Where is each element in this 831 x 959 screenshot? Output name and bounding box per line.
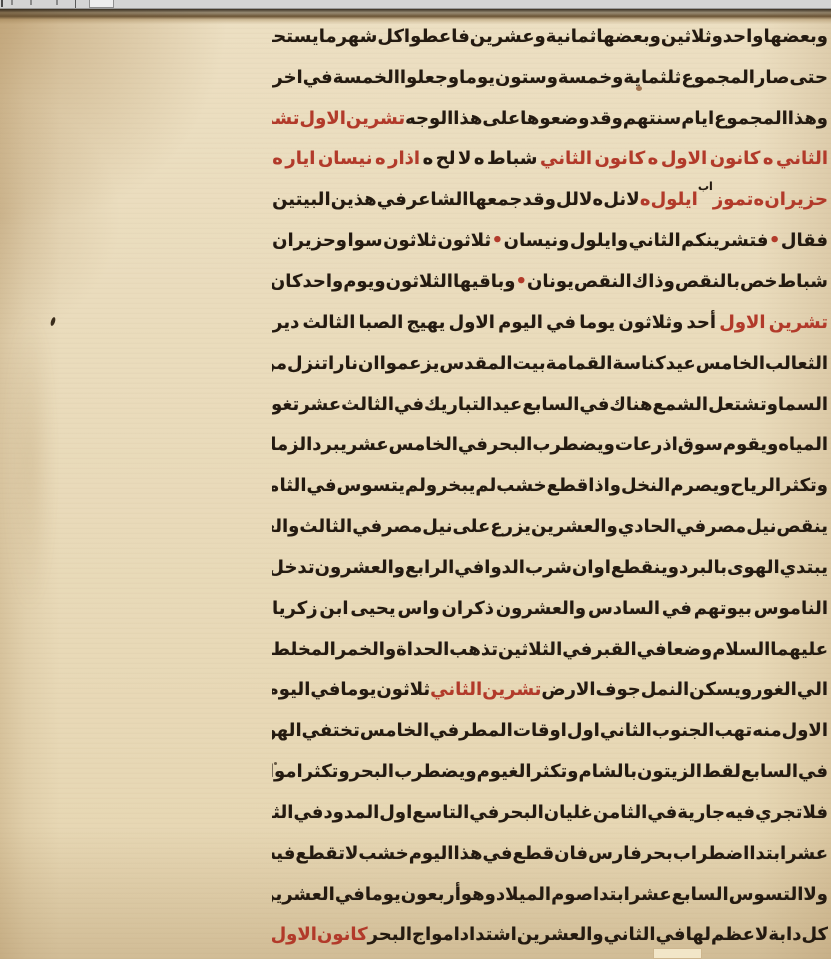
text-word: ذكران	[442, 598, 494, 619]
text-word: والعشرين	[517, 924, 604, 945]
text-word: جوف	[596, 679, 641, 700]
text-word: واس	[397, 598, 439, 619]
text-word: ثلثماية	[623, 67, 681, 88]
text-word: يستحقه	[272, 26, 319, 47]
text-word: الخامس	[696, 353, 765, 374]
manuscript-line: ولاالتسوسالسابععشرابتداصومالميلادوهوأربع…	[272, 874, 828, 915]
text-word: عيد	[492, 394, 522, 415]
text-word: الاول	[782, 720, 828, 741]
text-word: لل	[556, 189, 579, 210]
text-word: لقط	[702, 761, 741, 782]
text-word: القمامة	[546, 353, 613, 374]
manuscript-line: فقال•فتشرينكمالثانيوايلولونيسان•ثلاثونثل…	[272, 220, 828, 261]
text-word: ولا	[803, 884, 828, 905]
text-word: في	[647, 802, 677, 823]
text-word: وثلاثون	[618, 312, 683, 333]
text-word: اشتداد	[460, 924, 517, 945]
text-word: ه	[423, 148, 434, 169]
text-word: أربعون	[401, 884, 461, 905]
rubric-word: ايار	[285, 148, 315, 169]
text-word: عليهما	[770, 639, 828, 660]
rubric-word: الثاني	[776, 148, 828, 169]
text-word: الثالث	[303, 312, 356, 333]
text-word: وايلول	[570, 230, 628, 251]
text-word: النمل	[641, 679, 689, 700]
text-word: زكريا	[272, 598, 318, 619]
text-word: الثاني	[629, 230, 681, 251]
text-word: شباط	[777, 271, 828, 292]
text-word: الرابع	[405, 557, 454, 578]
text-word: نل	[603, 189, 626, 210]
text-word: الناموس	[754, 598, 828, 619]
text-word: دابة	[768, 924, 801, 945]
text-word: وذاك	[632, 271, 675, 292]
text-word: العشرين	[272, 884, 335, 905]
text-word: ويوم	[343, 271, 385, 292]
text-word: وستون	[495, 67, 558, 88]
text-word: في	[310, 679, 340, 700]
text-word: فلا	[803, 802, 828, 823]
text-word: التاسع	[412, 802, 469, 823]
text-word: ه	[474, 148, 485, 169]
text-word: لا	[755, 924, 768, 945]
text-word: والعشرون	[315, 557, 405, 578]
rubric-word: كانون	[710, 148, 761, 169]
text-word: اليوم	[409, 843, 454, 864]
text-word: في	[579, 394, 609, 415]
text-word: الثالث	[272, 802, 293, 823]
text-word: لم	[475, 475, 496, 496]
text-word: ثلاثون	[437, 230, 491, 251]
rubric-word: تشرين	[272, 108, 300, 129]
text-word: نيل	[422, 516, 452, 537]
text-word: لح	[436, 148, 456, 169]
text-word: تهب	[714, 720, 752, 741]
text-word: على	[482, 108, 520, 129]
text-word: واحد	[723, 26, 764, 47]
text-word: الثامن	[593, 802, 647, 823]
text-word: يهيج	[406, 312, 445, 333]
manuscript-line: الاولمنهتهبالجنوبالثانياولاوقاتالمطرفيال…	[272, 710, 828, 751]
text-word: وتشتعل	[708, 394, 778, 415]
text-word: يبخر	[437, 475, 475, 496]
toolbar-separator	[75, 0, 76, 8]
text-word: فاعطوا	[404, 26, 470, 47]
text-word: ثمانية	[546, 26, 597, 47]
text-word: والعشرين	[272, 516, 299, 537]
text-word: يبرد	[312, 434, 347, 455]
text-word: المجموع	[714, 108, 788, 129]
text-word: وهذا	[788, 108, 828, 129]
text-word: الثامن	[272, 475, 307, 496]
text-word: جارية	[677, 802, 725, 823]
text-word: فتشرينكم	[681, 230, 768, 251]
text-word: تدخل	[272, 557, 315, 578]
ruler-tick-icon	[1, 0, 3, 7]
rubric-word: •	[769, 230, 781, 251]
rubric-word: تشرين	[346, 108, 405, 129]
text-word: ولم	[405, 475, 437, 496]
text-word: ويسكن	[689, 679, 752, 700]
text-word: الغيوم	[477, 761, 532, 782]
text-word: الحادي	[618, 516, 676, 537]
text-word: الارض	[541, 679, 595, 700]
text-word: يوما	[579, 312, 615, 333]
text-word: السلام	[712, 639, 770, 660]
text-word: البحر	[499, 802, 543, 823]
text-word: النقص	[574, 271, 632, 292]
manuscript-line: الثعالبالخامسعيدكناسةالقمامةبيتالمقدسيزع…	[272, 343, 828, 384]
text-word: كل	[801, 924, 828, 945]
text-word: في	[377, 189, 407, 210]
text-word: خص	[740, 271, 778, 292]
text-word: شهر	[337, 26, 378, 47]
ruler-tick-icon	[56, 0, 58, 5]
text-word: في	[429, 720, 459, 741]
text-word: الاول	[449, 312, 495, 333]
text-word: كل	[377, 26, 404, 47]
text-word: يونان	[527, 271, 574, 292]
text-word: بحر	[642, 843, 673, 864]
manuscript-text-block: وبعضهاواحدوثلاثينوبعضهاثمانيةوعشرينفاعطو…	[272, 16, 828, 958]
text-word: البحر	[488, 434, 532, 455]
text-word: فيه	[725, 802, 755, 823]
manuscript-line: يبتديالهوىبالبردوينقطعاوانشربالدوافيالرا…	[272, 547, 828, 588]
text-word: لا	[579, 189, 592, 210]
text-word: عشر	[299, 394, 341, 415]
text-word: عظم	[711, 924, 755, 945]
text-word: السما	[778, 394, 828, 415]
rubric-word: الاول	[661, 148, 707, 169]
text-word: شباط	[487, 148, 538, 169]
text-word: في	[458, 434, 488, 455]
text-word: وجعلوا	[400, 67, 459, 88]
text-word: امواجه	[272, 761, 303, 782]
text-word: ويضطرب	[532, 434, 615, 455]
text-word: والعشرين	[531, 516, 618, 537]
text-word: الرياح	[730, 475, 781, 496]
text-word: صوم	[551, 884, 593, 905]
text-word: ه	[593, 189, 604, 210]
text-word: ثلاثون	[383, 230, 437, 251]
text-word: في	[662, 598, 692, 619]
text-word: كناسة	[612, 353, 665, 374]
text-word: ابن	[319, 598, 348, 619]
rubric-word: حزيران	[764, 189, 828, 210]
text-word: جمعها	[469, 189, 523, 210]
text-word: في	[335, 884, 365, 905]
text-word: فان	[554, 843, 588, 864]
manuscript-line: المياهويقومسوقاذرعاتويضطربالبحرفيالخامسع…	[272, 424, 828, 465]
text-word: في	[303, 67, 333, 88]
text-word: يحيى	[350, 598, 395, 619]
page-top-edge	[0, 8, 831, 24]
text-word: فقال	[781, 230, 828, 251]
text-word: وتكثر	[303, 761, 350, 782]
rubric-word: •	[492, 230, 504, 251]
text-word: في	[637, 639, 667, 660]
text-word: في	[293, 802, 323, 823]
rubric-word: ايلول	[651, 189, 698, 210]
text-word: في	[469, 802, 499, 823]
text-word: الثالث	[341, 394, 394, 415]
text-word: اب	[698, 180, 713, 193]
text-word: المقدس	[439, 353, 512, 374]
text-word: يتسوس	[337, 475, 406, 496]
text-word: لا	[458, 148, 471, 169]
text-word: البحر	[368, 924, 412, 945]
text-word: هذا	[453, 108, 482, 129]
text-word: دير	[272, 312, 299, 333]
text-word: امواج	[412, 924, 460, 945]
rubric-word: ه	[648, 148, 659, 169]
rubric-word: الاول	[719, 312, 765, 333]
text-word: في	[394, 394, 424, 415]
text-word: السابع	[672, 884, 729, 905]
text-word: الدوا	[484, 557, 525, 578]
text-word: سنتهم	[623, 108, 681, 129]
text-word: الزيتون	[637, 761, 702, 782]
text-word: ويقوم	[723, 434, 778, 455]
text-word: واحد	[302, 271, 343, 292]
text-word: هذا	[453, 843, 482, 864]
text-word: يوما	[340, 679, 376, 700]
rubric-word: تشرين	[482, 679, 541, 700]
text-word: في	[483, 843, 513, 864]
text-word: بالبرد	[679, 557, 727, 578]
text-word: وخمسة	[558, 67, 623, 88]
text-word: الميلاد	[496, 884, 551, 905]
text-word: يزعموا	[380, 353, 440, 374]
text-word: عيد	[666, 353, 696, 374]
manuscript-line: حزيرانهتموزابايلولهلانلهلاللوقدجمعهاالشا…	[272, 179, 828, 220]
text-word: وثلاثين	[661, 26, 723, 47]
text-word: ان	[358, 353, 380, 374]
text-word: وقد	[589, 108, 622, 129]
text-word: ثلاثون	[376, 679, 430, 700]
text-word: والعشرون	[496, 598, 586, 619]
text-word: في	[307, 475, 337, 496]
text-word: يزرع	[490, 516, 531, 537]
text-word: وحزيران	[272, 230, 347, 251]
text-word: الوجه	[405, 108, 453, 129]
text-word: السابع	[522, 394, 579, 415]
text-word: بيوتهم	[694, 598, 752, 619]
text-word: نيل	[746, 516, 776, 537]
text-word: الثلاثين	[498, 639, 562, 660]
text-word: سوا	[347, 230, 382, 251]
rubric-word: •	[515, 271, 527, 292]
text-word: الهوى	[727, 557, 780, 578]
text-word: في	[546, 312, 576, 333]
text-word: مصر	[706, 516, 746, 537]
text-word: منه	[752, 720, 781, 741]
text-word: غليان	[544, 802, 593, 823]
text-word: سوق	[678, 434, 723, 455]
text-word: البحر	[350, 761, 394, 782]
text-word: اول	[379, 802, 412, 823]
text-word: في	[656, 924, 686, 945]
paper-stain	[6, 290, 66, 720]
text-word: السابع	[741, 761, 798, 782]
text-word: خشب	[358, 843, 408, 864]
text-word: بالشام	[579, 761, 638, 782]
text-word: تذهب	[449, 639, 498, 660]
text-word: وهو	[461, 884, 496, 905]
text-word: ينقص	[776, 516, 828, 537]
text-word: الخمسة	[333, 67, 400, 88]
text-word: كان	[272, 271, 302, 292]
rubric-word: اذار	[388, 148, 420, 169]
manuscript-line: كلدابةلاعظملهافيالثانيوالعشريناشتداداموا…	[272, 915, 828, 956]
rubric-word: تموز	[713, 189, 753, 210]
text-word: في	[676, 516, 706, 537]
text-word: خشب	[496, 475, 546, 496]
text-word: الشمع	[652, 394, 708, 415]
manuscript-line: السماوتشتعلالشمعهناكفيالسابععيدالتباريكف…	[272, 384, 828, 425]
manuscript-line: فلاتجريفيهجاريةفيالثامنغليانالبحرفيالتاس…	[272, 792, 828, 833]
text-word: ايام	[681, 108, 714, 129]
text-word: في	[454, 557, 484, 578]
text-word: السادس	[588, 598, 660, 619]
manuscript-line: وتكثرالرياحويصرمالنخلواذاقطعخشبلميبخرولم…	[272, 465, 828, 506]
text-word: تغور	[272, 394, 299, 415]
text-word: الثعالب	[765, 353, 828, 374]
text-word: يوما	[459, 67, 495, 88]
manuscript-line: عشرابتدااضطراببحرفارسفانقطعفيهذااليومخشب…	[272, 833, 828, 874]
text-word: أحد	[687, 312, 717, 333]
rubric-word: ه	[763, 148, 774, 169]
text-word: بالنقص	[675, 271, 740, 292]
text-word: اذرعات	[615, 434, 678, 455]
text-word: صار	[755, 67, 790, 88]
text-word: الحداة	[396, 639, 449, 660]
text-word: الثالث	[299, 516, 352, 537]
text-word: المدود	[323, 802, 379, 823]
text-word: على	[452, 516, 490, 537]
text-word: قطع	[513, 843, 555, 864]
rubric-word: ه	[375, 148, 386, 169]
text-word: نارا	[328, 353, 358, 374]
text-word: تنزل	[287, 353, 328, 374]
text-word: ويصرم	[670, 475, 730, 496]
text-word: هذين	[331, 189, 377, 210]
text-word: يوما	[365, 884, 401, 905]
rubric-word: الاول	[272, 924, 317, 945]
manuscript-line: شباطخصبالنقصوذاكالنقصيونان•وباقيهاالثلاث…	[272, 261, 828, 302]
text-word: وبعضها	[764, 26, 829, 47]
text-word: ويضطرب	[394, 761, 477, 782]
ruler-tick-icon	[11, 0, 13, 5]
text-word: وقد	[523, 189, 556, 210]
text-word: ما	[319, 26, 337, 47]
text-word: التباريك	[424, 394, 492, 415]
text-word: القبر	[592, 639, 636, 660]
rubric-word: ه	[272, 148, 283, 169]
ruler-tick-icon	[30, 0, 32, 5]
text-word: حتى	[789, 67, 828, 88]
text-word: الثاني	[600, 720, 652, 741]
text-word: فارس	[588, 843, 642, 864]
text-word: لا	[345, 843, 358, 864]
text-word: قطع	[547, 475, 589, 496]
rubric-word: تشرين	[769, 312, 828, 333]
text-word: في	[352, 516, 382, 537]
text-word: وضعوها	[520, 108, 589, 129]
text-word: الجنوب	[652, 720, 715, 741]
text-word: عشر	[630, 884, 672, 905]
text-word: ابتدا	[749, 843, 786, 864]
rubric-word: الاول	[300, 108, 346, 129]
text-word: في	[798, 761, 828, 782]
text-word: يبتدي	[780, 557, 828, 578]
text-word: مصر	[382, 516, 422, 537]
text-word: البيتين	[272, 189, 331, 210]
text-word: تختفي	[302, 720, 360, 741]
rubric-word: كانون	[595, 148, 646, 169]
rubric-word: كانون	[317, 924, 368, 945]
manuscript-line: الناموسبيوتهمفيالسادسوالعشرونذكرانواسيحي…	[272, 588, 828, 629]
rubric-word: ه	[640, 189, 651, 210]
text-word: شرب	[525, 557, 572, 578]
text-word: تجري	[755, 802, 802, 823]
manuscript-line: وهذاالمجموعايامسنتهموقدوضعوهاعلىهذاالوجه…	[272, 98, 828, 139]
text-word: وعشرين	[470, 26, 546, 47]
text-word: لها	[686, 924, 711, 945]
text-word: وبعضها	[596, 26, 661, 47]
text-word: وينقطع	[611, 557, 679, 578]
text-word: المطر	[459, 720, 513, 741]
manuscript-line: اليالغورويسكنالنملجوفالارضتشرينالثانيثلا…	[272, 670, 828, 711]
text-word: فيه	[272, 843, 295, 864]
manuscript-line: عليهماالسلاموضعافيالقبرفيالثلاثينتذهبالح…	[272, 629, 828, 670]
text-word: التسوس	[729, 884, 804, 905]
text-word: الهوام	[272, 720, 302, 741]
text-word: وباقيها	[453, 271, 515, 292]
text-word: الثلاثون	[386, 271, 453, 292]
text-word: الي	[797, 679, 828, 700]
text-word: الخامس	[389, 434, 458, 455]
text-word: ابتدا	[593, 884, 630, 905]
text-word: المياه	[778, 434, 828, 455]
text-word: من	[272, 353, 287, 374]
text-word: اخر	[272, 67, 302, 88]
toolbar-strip	[0, 0, 831, 9]
text-word: اوان	[572, 557, 611, 578]
text-word: اضطراب	[673, 843, 750, 864]
text-word: اوقات	[513, 720, 567, 741]
text-word: الثاني	[604, 924, 656, 945]
text-word: الصبا	[359, 312, 404, 333]
toolbar-button[interactable]	[89, 0, 114, 8]
text-word: اليوم	[272, 679, 310, 700]
text-word: الخامس	[360, 720, 429, 741]
text-word: الشاعر	[407, 189, 469, 210]
text-word: النخل	[621, 475, 670, 496]
text-word: وتكثر	[781, 475, 828, 496]
text-word: ونيسان	[504, 230, 570, 251]
rubric-word: ه	[754, 189, 765, 210]
manuscript-line: فيالسابعلقطالزيتونبالشاموتكثرالغيومويضطر…	[272, 751, 828, 792]
text-word: والخمر	[336, 639, 396, 660]
text-word: عشر	[786, 843, 828, 864]
text-word: المجموع	[681, 67, 755, 88]
rubric-word: الثاني	[540, 148, 592, 169]
manuscript-line: الثانيهكانونالاولهكانونالثانيشباطهلالحها…	[272, 139, 828, 180]
manuscript-line: ينقصنيلمصرفيالحاديوالعشرينيزرععلىنيلمصرف…	[272, 506, 828, 547]
manuscript-line: حتىصارالمجموعثلثمايةوخمسةوستونيوماوجعلوا…	[272, 57, 828, 98]
text-word: وضعا	[667, 639, 713, 660]
